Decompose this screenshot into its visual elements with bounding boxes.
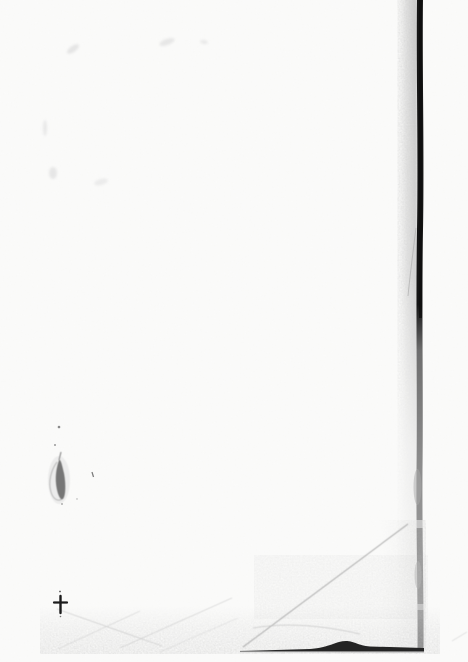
scanned-page <box>0 0 468 662</box>
scan-artifacts <box>0 0 468 662</box>
